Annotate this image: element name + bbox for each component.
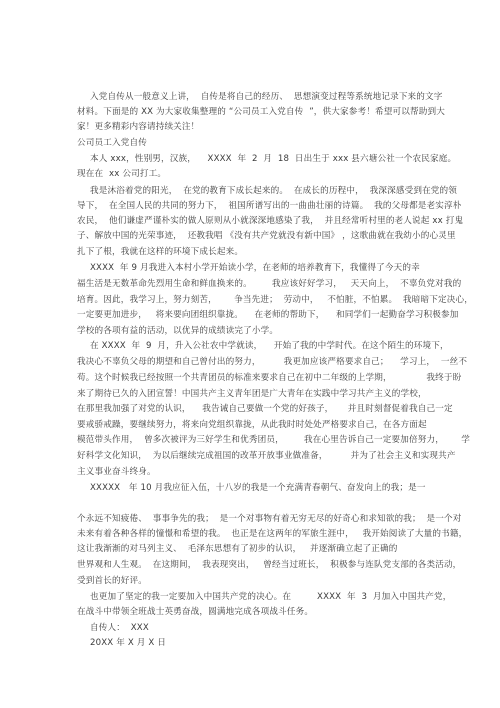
paragraph-line: 苟。这个时候我已经按照一个共青团员的标准来要求自己在初中二年级的上学期， 我终于…	[77, 372, 461, 384]
paragraph-line: 子、解放中国的光荣事迹， 还教我唱 《没有共产党就没有新中国》 ，这歌曲就在我幼…	[77, 230, 456, 242]
paragraph-line: 世界观和人生观。 在这期间， 我表现突出， 曾经当过班长， 积极参与连队党支部的…	[77, 559, 461, 571]
paragraph-line: 我是沐浴着党的阳光， 在党的教育下成长起来的。 在成长的历程中， 我深深感受到在…	[90, 185, 457, 197]
paragraph-line: 来了期待已久的入团宣誓！中国共产主义青年团是广大青年在实践中学习共产主义的学校，	[77, 388, 427, 400]
document-page: 入党自传从一般意义上讲， 自传是将自己的经历、 思想演变过程等系统地记录下来的文…	[0, 0, 500, 708]
paragraph-line: 导下， 在全国人民的共同的努力下， 祖国所谱写出的一曲曲壮丽的诗篇。 我的父母都…	[77, 200, 462, 212]
paragraph-line: XXXX 年 9 月我进入本村小学开始读小学，在老师的培养教育下，我懂得了今天的…	[90, 262, 420, 274]
paragraph-line: 这让我渐渐的对马列主义、 毛泽东思想有了初步的认识， 并逐渐确立起了正确的	[77, 543, 397, 555]
paragraph-line: 个永远不知疲倦、 事事争先的我； 是一个对事物有着无穷无尽的好奇心和求知欲的我；…	[77, 513, 462, 525]
intro-line: 入党自传从一般意义上讲， 自传是将自己的经历、 思想演变过程等系统地记录下来的文…	[90, 91, 443, 103]
paragraph-line: 好科学文化知识， 为以后继续完成祖国的改革开放事业做准备， 并为了社会主义和实现…	[77, 450, 456, 462]
paragraph-line: 模范带头作用， 曾多次被评为三好学生和优秀团员， 我在心里告诉自己一定要加倍努力…	[77, 434, 470, 446]
paragraph-line: 受到首长的好评。	[77, 575, 147, 587]
paragraph-line: 也更加了坚定的我一定要加入中国共产党的决心。在 XXXX 年 3 月加入中国共产…	[90, 591, 452, 603]
paragraph-line: 现在在 xx 公司打工。	[77, 168, 166, 180]
paragraph-line: 未来有着各种各样的憧憬和希望的我。 也正是在这两年的军旅生涯中， 我开始阅读了大…	[77, 528, 467, 540]
paragraph-line: XXXXX 年 10 月我应征入伍，十八岁的我是一个充满青春朝气、奋发向上的我；…	[90, 482, 426, 494]
signature-date: 20XX 年 X 月 X 日	[90, 637, 166, 649]
signature-author: 自传人： XXX	[90, 622, 149, 634]
paragraph-line: 主义事业奋斗终身。	[77, 466, 156, 478]
paragraph-line: 福生活是无数革命先烈用生命和鲜血换来的。 我应该好好学习， 天天向上， 不辜负党…	[77, 278, 461, 290]
intro-line: 家！更多精彩内容请持续关注！	[77, 121, 199, 133]
paragraph-line: 在 XXXX 年 9 月，升入公社农中学就读， 开始了我的中学时代。在这个陌生的…	[90, 340, 449, 352]
paragraph-line: 本人 xxx，性别男，汉族， XXXX 年 2 月 18 日出生于 xxx 县六…	[90, 153, 456, 165]
paragraph-line: 我决心不辜负父母的期望和自己曾付出的努力， 我更加应该严格要求自己； 学习上， …	[77, 356, 467, 368]
document-title: 公司员工入党自传	[77, 137, 147, 149]
paragraph-line: 在那里我加强了对党的认识， 我告诫自己要做一个党的好孩子， 并且时刻督促着我自己…	[77, 403, 453, 415]
paragraph-line: 在战斗中带领全班战士英勇奋战，圆满地完成各项战斗任务。	[77, 606, 313, 618]
paragraph-line: 要戒骄戒躁，要继续努力，将来向党组织靠拢，从此我时时处处严格要求自己，在各方面起	[77, 419, 427, 431]
paragraph-line: 培育。因此，我学习上，努力刻苦， 争当先进； 劳动中， 不怕脏，不怕累。 我暗暗…	[77, 294, 473, 306]
paragraph-line: 农民， 他们谦虚严谨朴实的做人原则从小就深深地感染了我， 并且经常听村里的老人说…	[77, 215, 463, 227]
intro-line: 材料。下面是的 XX 为大家收集整理的 “公司员工入党自传 ”，供大家参考！希望…	[77, 106, 445, 118]
paragraph-line: 扎下了根，我就在这样的环境下成长起来。	[77, 246, 243, 258]
paragraph-line: 一定要更加进步， 将来要向团组织靠拢。 在老师的帮助下， 和同学们一起勤奋学习积…	[77, 309, 458, 321]
paragraph-line: 学校的各项有益的活动，以优异的成绩读完了小学。	[77, 325, 278, 337]
